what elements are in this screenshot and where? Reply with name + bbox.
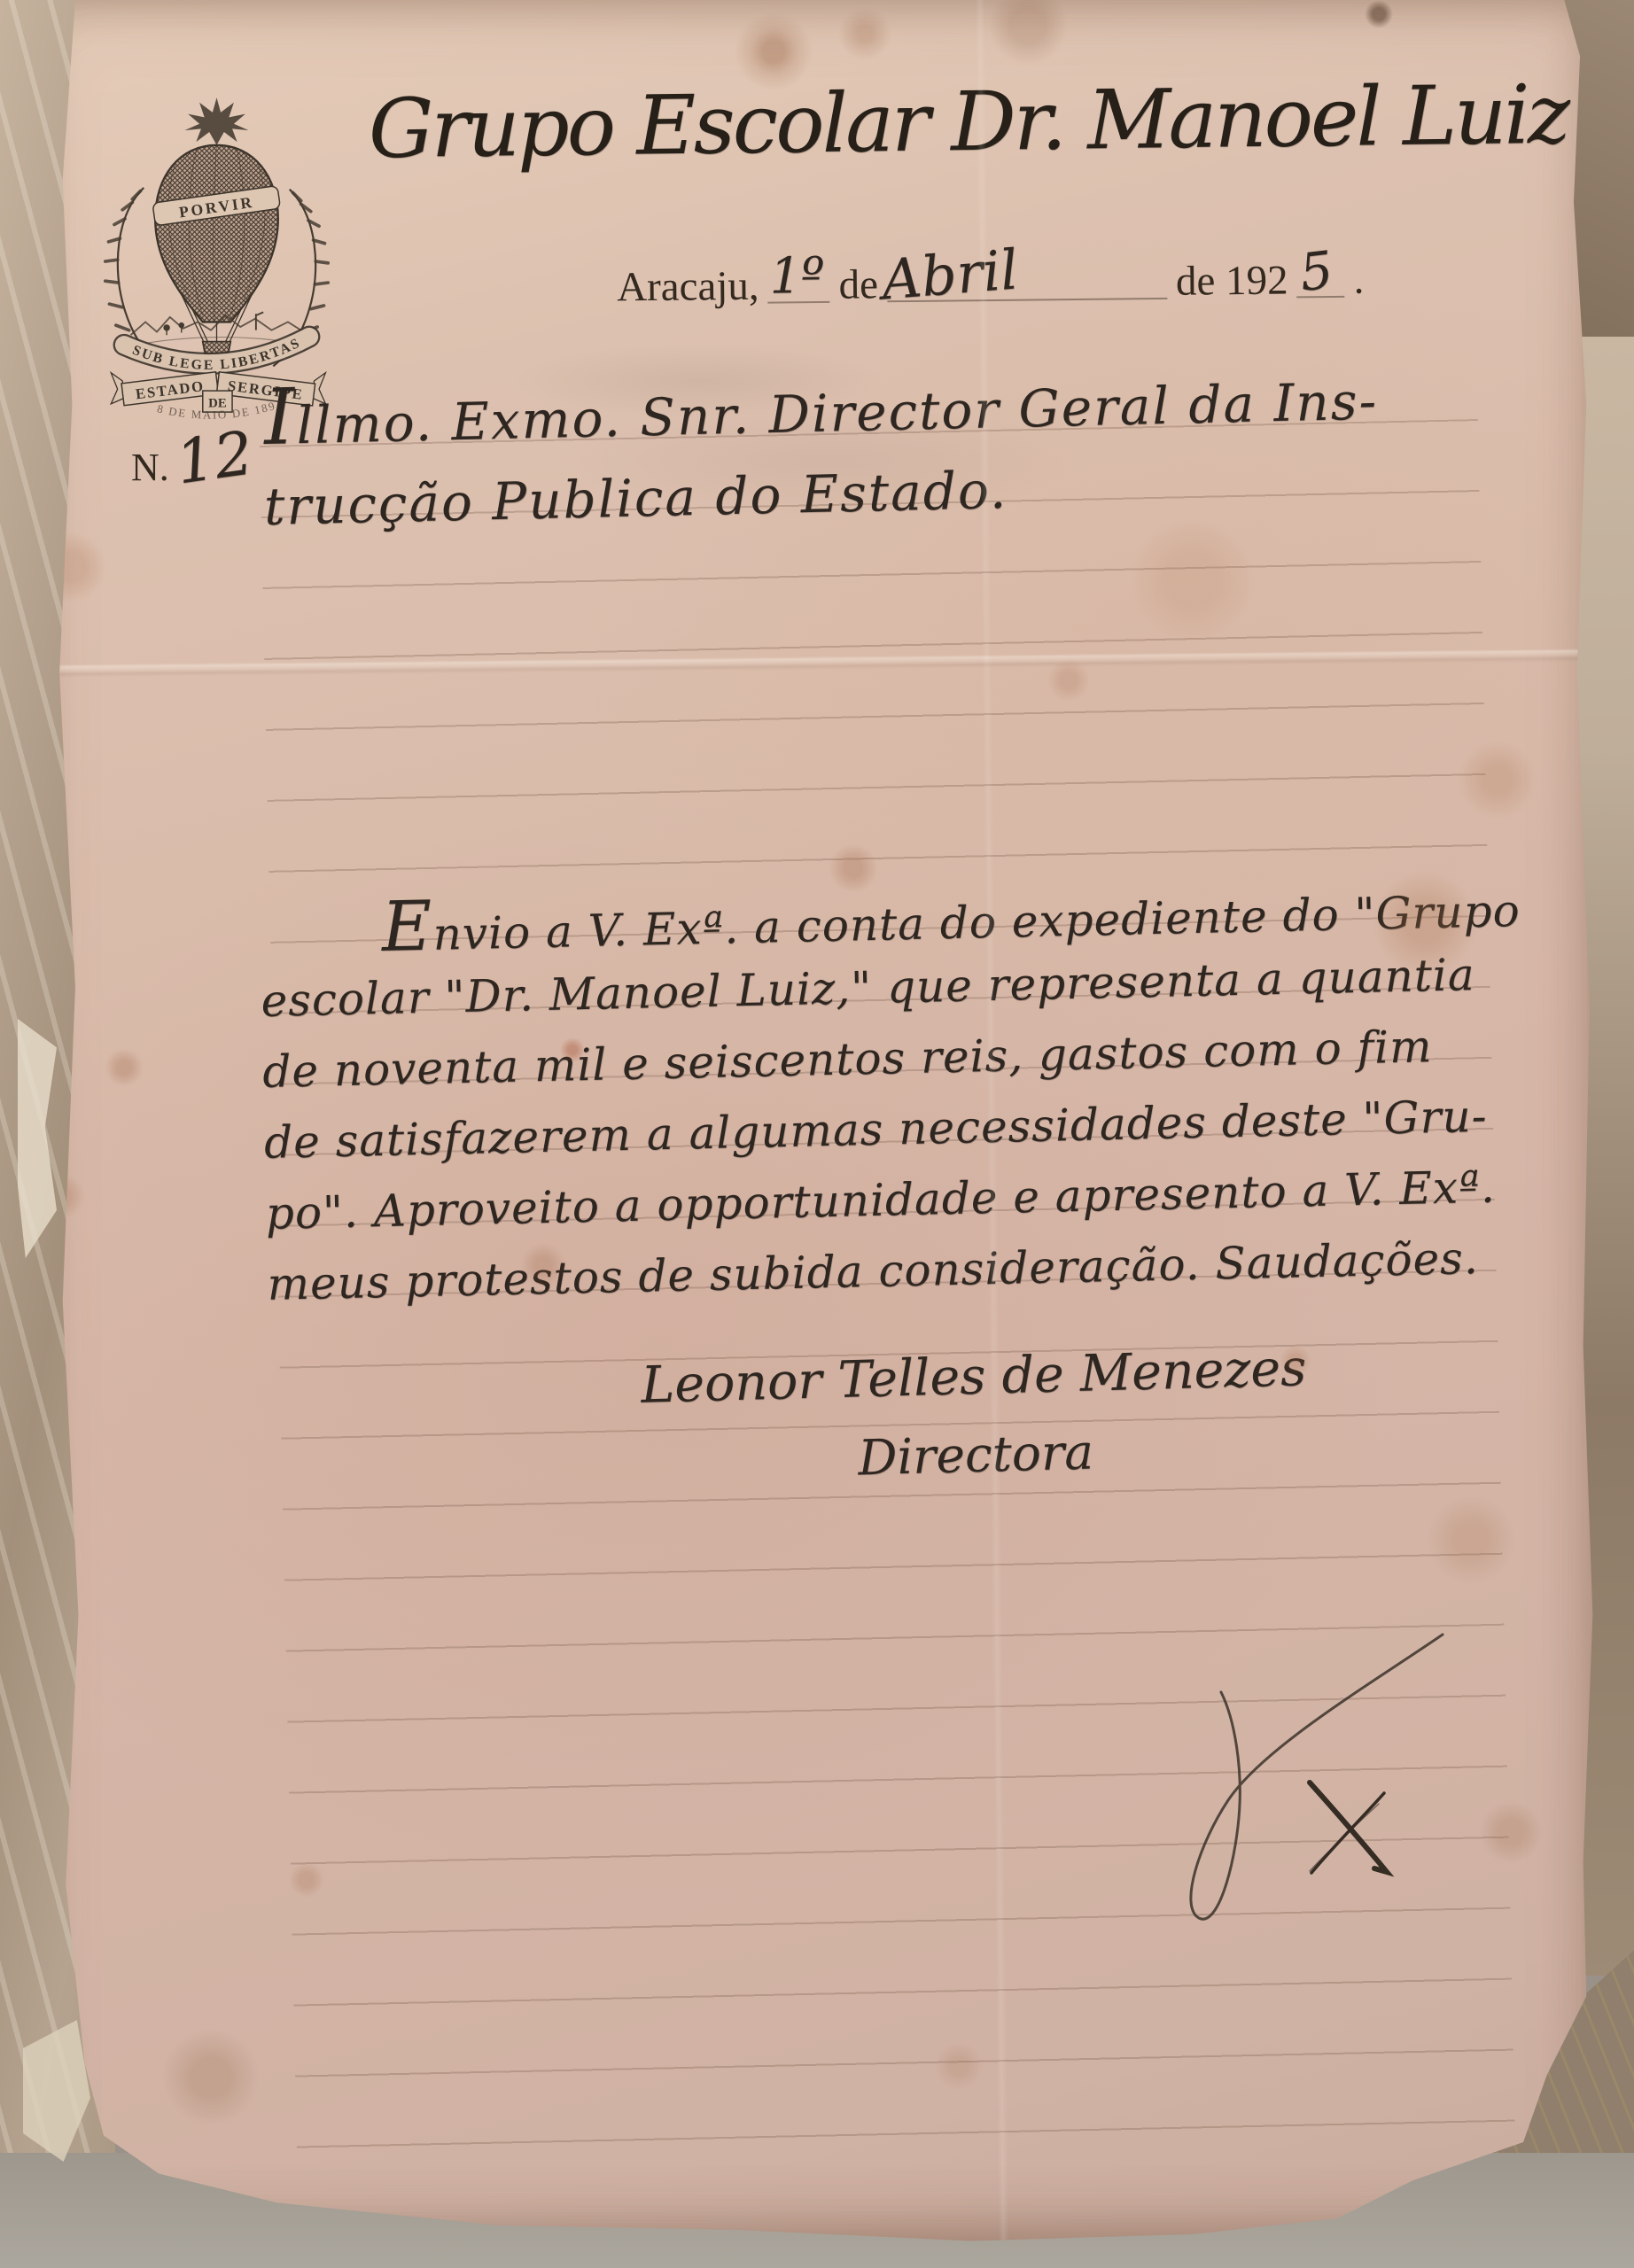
date-line: Aracaju, 1º de Abril de 192 5 . — [617, 229, 1365, 315]
addressee-line-2: trucção Publica do Estado. — [263, 460, 1008, 537]
year-prefix-label: de 192 — [1176, 260, 1288, 307]
pen-flourish — [1191, 1635, 1443, 1919]
document-number: N. 12 — [131, 423, 253, 493]
year-blank-line: 5 — [1297, 291, 1345, 299]
signature-title: Directora — [549, 1408, 1402, 1501]
x-mark — [1310, 1783, 1387, 1873]
photo-scene: PORVIR — [0, 0, 1634, 2268]
signature-block: Leonor Telles de Menezes Directora — [548, 1330, 1402, 1501]
balloon-icon: PORVIR — [152, 145, 281, 363]
addressee-line-1: Illmo. Exmo. Snr. Director Geral da Ins- — [263, 346, 1379, 462]
period-label: . — [1353, 260, 1364, 307]
city-label: Aracaju, — [617, 266, 759, 315]
signature-name: Leonor Telles de Menezes — [548, 1330, 1400, 1423]
number-label: N. — [131, 445, 169, 493]
de-label-1: de — [838, 264, 878, 311]
handwritten-day: 1º — [769, 247, 825, 306]
day-blank-line: 1º — [768, 296, 830, 304]
month-blank-line: Abril — [887, 292, 1167, 302]
number-value: 12 — [172, 418, 258, 498]
handwritten-year-digit: 5 — [1297, 239, 1336, 303]
star-icon — [184, 97, 248, 145]
letter-body: Envio a V. Exª. a conta do expediente do… — [259, 867, 1544, 1320]
handwritten-month: Abril — [879, 237, 1020, 312]
school-name: Grupo Escolar Dr. Manoel Luiz — [368, 67, 1568, 177]
document-page: PORVIR — [25, 0, 1602, 2243]
